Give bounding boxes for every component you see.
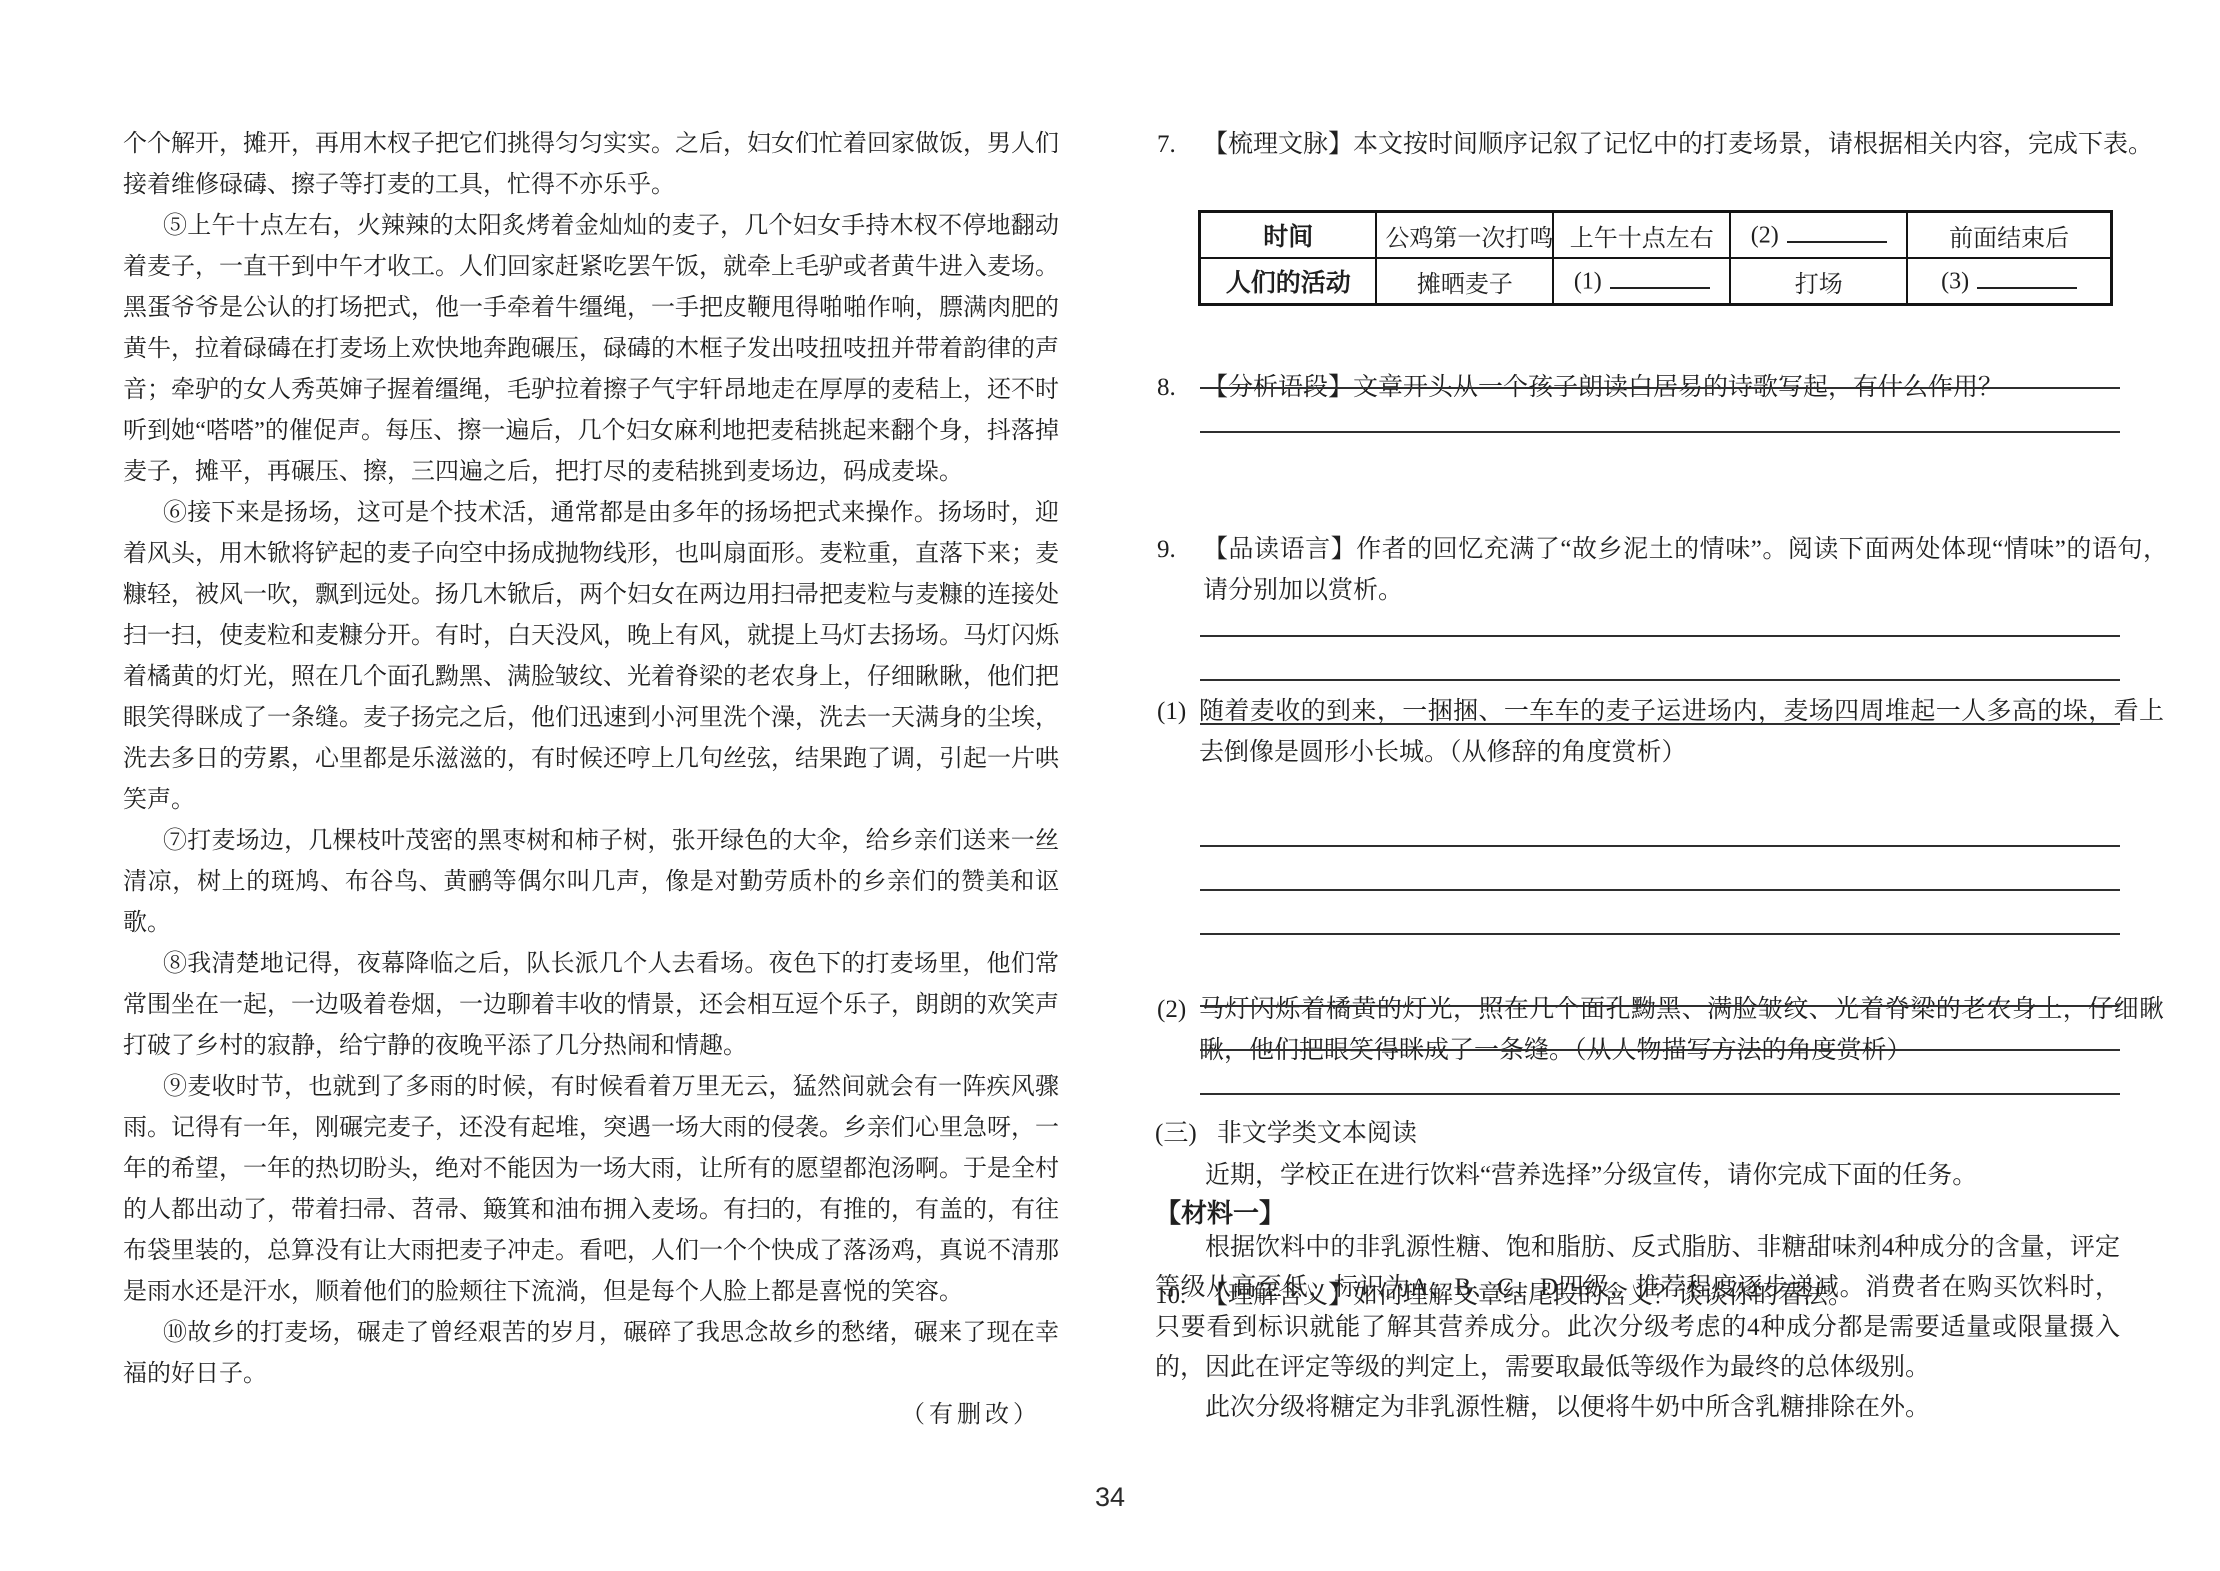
table-row-time: 时间 公鸡第一次打鸣 上午十点左右 (2) 前面结束后 bbox=[1200, 212, 2112, 259]
blank-underline bbox=[1787, 220, 1887, 242]
question-7-number: 7. bbox=[1157, 124, 1176, 165]
section-heading: (三) 非文学类文本阅读 bbox=[1155, 1113, 2120, 1154]
table-cell: 公鸡第一次打鸣 bbox=[1376, 212, 1553, 259]
table-header-activity: 人们的活动 bbox=[1200, 258, 1377, 305]
section-number: (三) bbox=[1155, 1120, 1197, 1147]
answer-line bbox=[1200, 963, 2120, 1007]
answer-line bbox=[1200, 637, 2120, 681]
passage-paragraph-7: ⑦打麦场边，几棵枝叶茂密的黑枣树和柿子树，张开绿色的大伞，给乡亲们送来一丝清凉，… bbox=[123, 821, 1059, 944]
question-7-text: 【梳理文脉】本文按时间顺序记叙了记忆中的打麦场景，请根据相关内容，完成下表。 bbox=[1203, 131, 2153, 158]
answer-line bbox=[1200, 1051, 2120, 1095]
answer-line bbox=[1200, 389, 2120, 433]
schedule-table-wrap: 时间 公鸡第一次打鸣 上午十点左右 (2) 前面结束后 人们的活动 摊晒麦子 (… bbox=[1198, 210, 2113, 306]
answer-line bbox=[1200, 891, 2120, 935]
passage-paragraph-5: ⑤上午十点左右，火辣辣的太阳炙烤着金灿灿的麦子，几个妇女手持木杈不停地翻动着麦子… bbox=[123, 206, 1059, 493]
questions-column: 7. 【梳理文脉】本文按时间顺序记叙了记忆中的打麦场景，请根据相关内容，完成下表… bbox=[1155, 0, 2120, 1571]
passage-paragraph-6: ⑥接下来是扬场，这可是个技术活，通常都是由多年的扬场把式来操作。扬场时，迎着风头… bbox=[123, 493, 1059, 821]
workbook-page: 个个解开，摊开，再用木杈子把它们挑得匀匀实实。之后，妇女们忙着回家做饭，男人们接… bbox=[0, 0, 2220, 1571]
blank-label: (3) bbox=[1941, 269, 1969, 295]
table-cell-blank-1: (1) bbox=[1553, 258, 1730, 305]
table-header-time: 时间 bbox=[1200, 212, 1377, 259]
answer-line bbox=[1200, 1007, 2120, 1051]
reading-passage: 个个解开，摊开，再用木杈子把它们挑得匀匀实实。之后，妇女们忙着回家做饭，男人们接… bbox=[123, 124, 1059, 1436]
page-number: 34 bbox=[0, 1482, 2220, 1513]
question-9-number: 9. bbox=[1157, 529, 1176, 570]
passage-paragraph-8: ⑧我清楚地记得，夜幕降临之后，队长派几个人去看场。夜色下的打麦场里，他们常常围坐… bbox=[123, 944, 1059, 1067]
passage-paragraph-9: ⑨麦收时节，也就到了多雨的时候，有时候看着万里无云，猛然间就会有一阵疾风骤雨。记… bbox=[123, 1067, 1059, 1313]
item-2-answer-lines bbox=[1155, 803, 2120, 935]
item-1-answer-lines bbox=[1155, 593, 2120, 725]
question-10-answer-lines bbox=[1155, 963, 2120, 1095]
passage-paragraph: 个个解开，摊开，再用木杈子把它们挑得匀匀实实。之后，妇女们忙着回家做饭，男人们接… bbox=[123, 124, 1059, 206]
blank-underline bbox=[1977, 266, 2077, 288]
table-cell-blank-3: (3) bbox=[1907, 258, 2111, 305]
table-cell: 摊晒麦子 bbox=[1376, 258, 1553, 305]
material-paragraph: 此次分级将糖定为非乳源性糖，以便将牛奶中所含乳糖排除在外。 bbox=[1155, 1388, 2120, 1428]
table-cell: 上午十点左右 bbox=[1553, 212, 1730, 259]
schedule-table: 时间 公鸡第一次打鸣 上午十点左右 (2) 前面结束后 人们的活动 摊晒麦子 (… bbox=[1198, 210, 2113, 306]
passage-attribution: （有删改） bbox=[123, 1395, 1059, 1436]
table-cell: 打场 bbox=[1730, 258, 1907, 305]
answer-line bbox=[1200, 847, 2120, 891]
answer-line bbox=[1200, 593, 2120, 637]
question-7: 7. 【梳理文脉】本文按时间顺序记叙了记忆中的打麦场景，请根据相关内容，完成下表… bbox=[1155, 124, 2168, 165]
material-one-body: 根据饮料中的非乳源性糖、饱和脂肪、反式脂肪、非糖甜味剂4种成分的含量，评定等级从… bbox=[1155, 1228, 2120, 1428]
question-8-answer-lines bbox=[1155, 345, 2120, 433]
section-title: 非文学类文本阅读 bbox=[1217, 1120, 1417, 1147]
answer-line bbox=[1200, 681, 2120, 725]
passage-paragraph-10: ⑩故乡的打麦场，碾走了曾经艰苦的岁月，碾碎了我思念故乡的愁绪，碾来了现在幸福的好… bbox=[123, 1313, 1059, 1395]
blank-label: (1) bbox=[1574, 269, 1602, 295]
material-paragraph: 根据饮料中的非乳源性糖、饱和脂肪、反式脂肪、非糖甜味剂4种成分的含量，评定等级从… bbox=[1155, 1228, 2120, 1388]
table-row-activity: 人们的活动 摊晒麦子 (1) 打场 (3) bbox=[1200, 258, 2112, 305]
answer-line bbox=[1200, 345, 2120, 389]
table-cell: 前面结束后 bbox=[1907, 212, 2111, 259]
blank-label: (2) bbox=[1751, 223, 1779, 249]
table-cell-blank-2: (2) bbox=[1730, 212, 1907, 259]
answer-line bbox=[1200, 803, 2120, 847]
blank-underline bbox=[1610, 266, 1710, 288]
section-intro: 近期，学校正在进行饮料“营养选择”分级宣传，请你完成下面的任务。 bbox=[1155, 1155, 2120, 1196]
